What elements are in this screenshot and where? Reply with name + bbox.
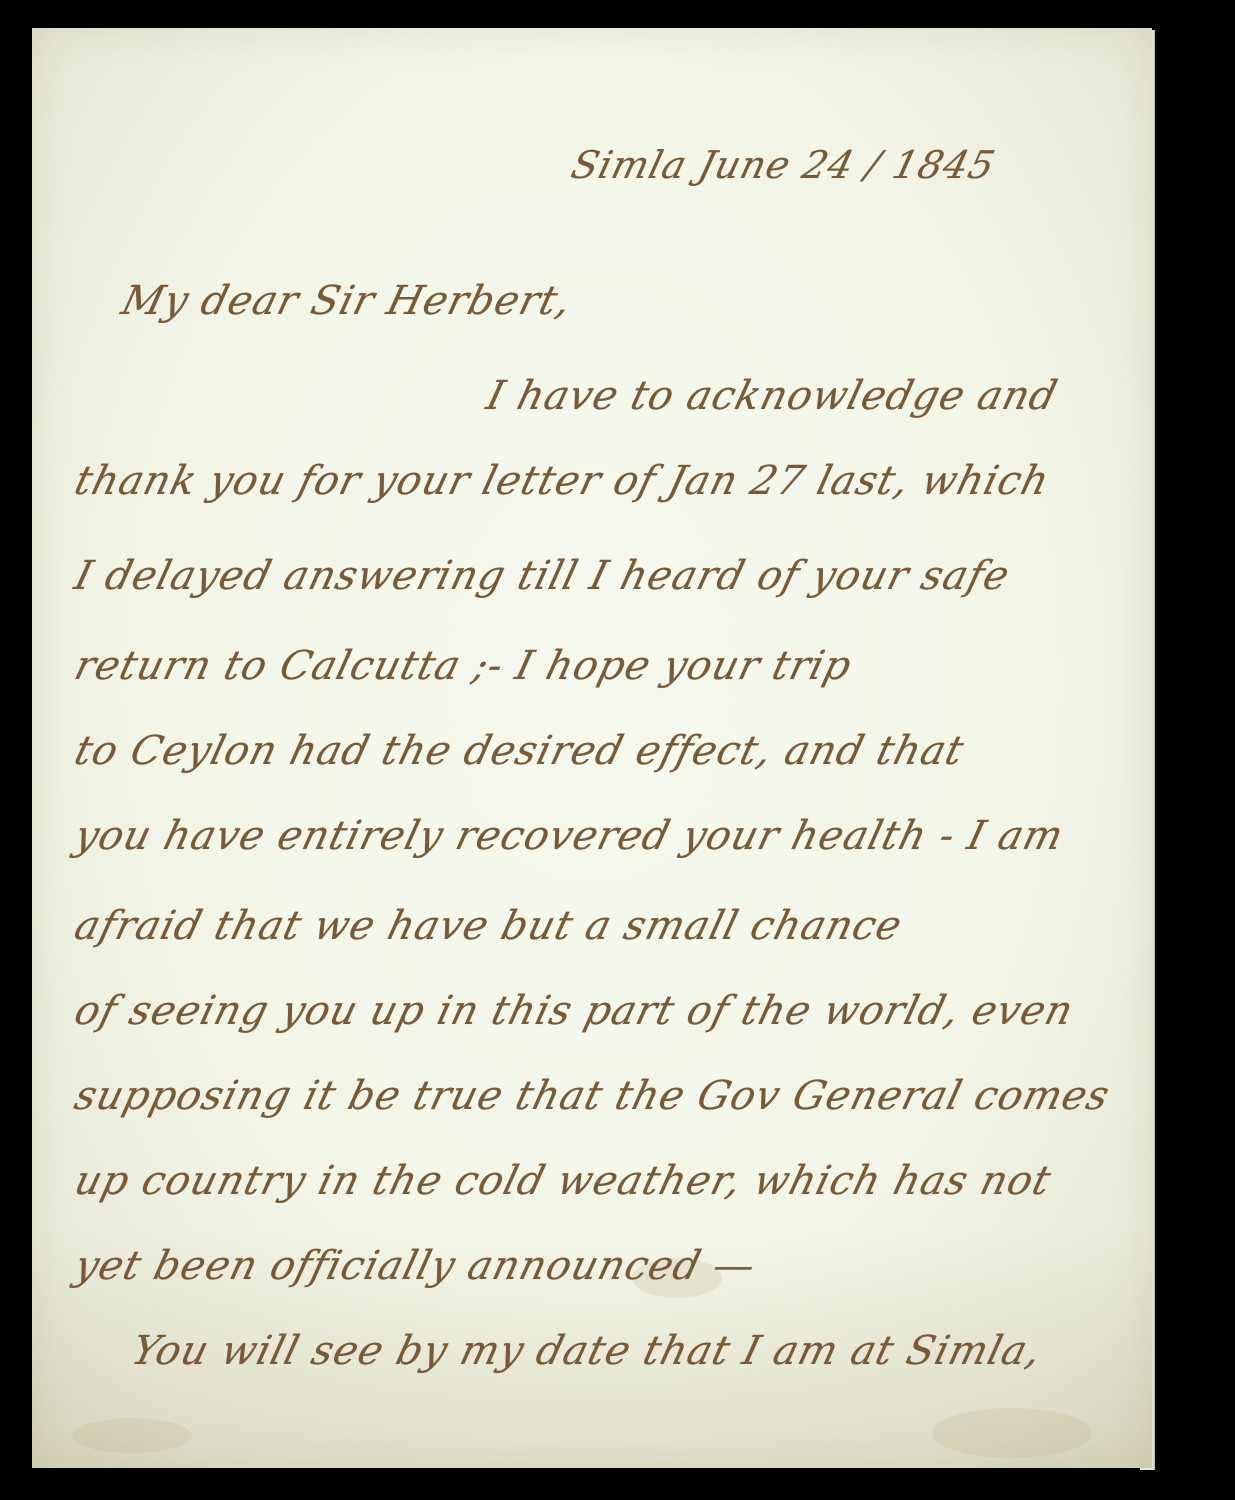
body-line: of seeing you up in this part of the wor…: [70, 988, 1078, 1034]
body-line: return to Calcutta ;- I hope your trip: [70, 643, 857, 689]
body-line: supposing it be true that the Gov Genera…: [70, 1073, 1115, 1119]
body-line: I have to acknowledge and: [482, 373, 1062, 419]
dateline: Simla June 24 / 1845: [567, 143, 1000, 187]
body-line: thank you for your letter of Jan 27 last…: [70, 458, 1054, 504]
body-line: I delayed answering till I heard of your…: [70, 553, 1015, 599]
body-line: afraid that we have but a small chance: [70, 903, 907, 949]
letter-text: Simla June 24 / 1845 My dear Sir Herbert…: [32, 28, 1152, 1468]
salutation: My dear Sir Herbert,: [117, 278, 577, 324]
body-line: to Ceylon had the desired effect, and th…: [70, 728, 969, 774]
body-line: you have entirely recovered your health …: [70, 813, 1069, 859]
body-line: yet been officially announced —: [70, 1243, 761, 1289]
body-line: You will see by my date that I am at Sim…: [127, 1328, 1047, 1374]
body-line: up country in the cold weather, which ha…: [70, 1158, 1056, 1204]
